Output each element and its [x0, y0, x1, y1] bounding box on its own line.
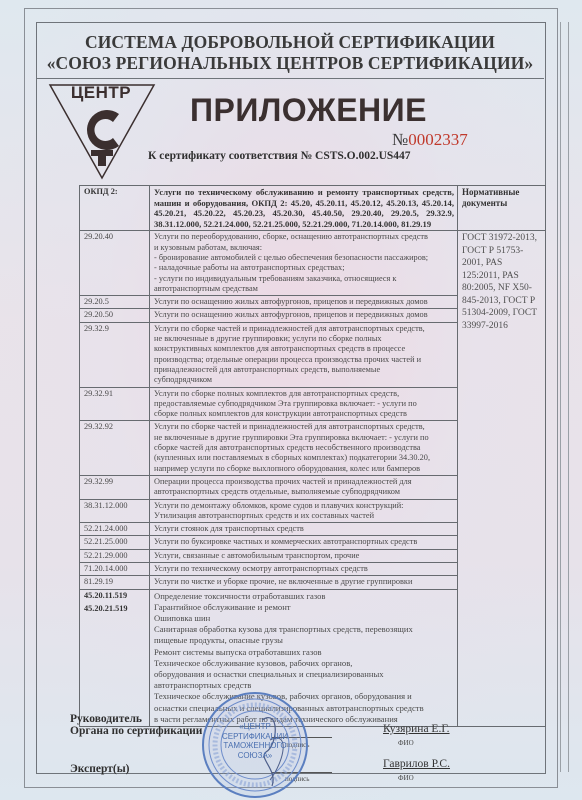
description-line: Услуги по техническому осмотру автотранс…	[154, 564, 454, 574]
okpd-code: 52.21.25.000	[80, 536, 150, 549]
description-line: Услуги по оснащению жилых автофургонов, …	[154, 297, 454, 307]
description-line: Санитарная обработка кузова для транспор…	[154, 624, 454, 635]
certificate-reference: К сертификату соответствия № CSTS.O.002.…	[148, 150, 411, 162]
description-line: Ремонт системы выпуска отработавших газо…	[154, 647, 454, 658]
service-description: Услуги по переоборудованию, сборке, осна…	[150, 231, 458, 296]
description-line: оборудования и оснастки специальных и сп…	[154, 669, 454, 680]
okpd-code: 29.32.91	[80, 387, 150, 421]
description-line: Техническое обслуживание кузовов, рабочи…	[154, 658, 454, 669]
header-divider	[36, 78, 544, 79]
service-description: Услуги по чистке и уборке прочие, не вкл…	[150, 576, 458, 589]
description-line: Услуги по демонтажу обломков, кроме судо…	[154, 501, 454, 511]
table-header-row: ОКПД 2: Услуги по техническому обслужива…	[80, 186, 546, 231]
logo-wordmark: ЦЕНТР	[66, 83, 136, 103]
description-line: не включенные в другие группировки Эта г…	[154, 433, 454, 443]
description-line: субподрядчиком	[154, 375, 454, 385]
description-line: Услуги по переоборудованию, сборке, осна…	[154, 232, 454, 242]
service-description: Услуги по техническому осмотру автотранс…	[150, 562, 458, 575]
head-fio-caption: ФИО	[398, 739, 414, 747]
code-value: 29.32.9	[84, 324, 146, 334]
description-line: производства; отдельные операции процесс…	[154, 355, 454, 365]
description-line: предоставляемые субподрядчиком Эта групп…	[154, 399, 454, 409]
description-line: и кузовным работам, включая:	[154, 243, 454, 253]
service-description: Операции процесса производства прочих ча…	[150, 475, 458, 499]
number-sign: №	[392, 130, 408, 149]
description-line: Услуги по оснащению жилых автофургонов, …	[154, 310, 454, 320]
okpd-code: 81.29.19	[80, 576, 150, 589]
code-value: 38.31.12.000	[84, 501, 146, 511]
service-description: Услуги по сборке полных комплектов для а…	[150, 387, 458, 421]
description-line: - наладочные работы на автотранспортных …	[154, 263, 454, 273]
stamp-text-line: «ЦЕНТР	[222, 722, 288, 732]
system-title-line-1: СИСТЕМА ДОБРОВОЛЬНОЙ СЕРТИФИКАЦИИ	[36, 32, 544, 53]
expert-name: Гаврилов Р.С.	[383, 758, 450, 770]
okpd-code: 45.20.11.51945.20.21.519	[80, 589, 150, 726]
okpd-code: 29.32.9	[80, 322, 150, 387]
description-line: Утилизация автотранспортных средств и их…	[154, 511, 454, 521]
description-line: Услуги по чистке и уборке прочие, не вкл…	[154, 577, 454, 587]
service-description: Услуги, связанные с автомобильным трансп…	[150, 549, 458, 562]
service-description: Услуги по буксировке частных и коммерчес…	[150, 536, 458, 549]
description-line: конструктивных комплектов для автотрансп…	[154, 344, 454, 354]
code-value: 81.29.19	[84, 577, 146, 587]
stamp-text-line: ТАМОЖЕННОГО	[222, 741, 288, 751]
description-line: Операции процесса производства прочих ча…	[154, 477, 454, 487]
service-description: Услуги по оснащению жилых автофургонов, …	[150, 309, 458, 322]
head-label-line-1: Руководитель	[70, 713, 202, 725]
okpd-code: 52.21.24.000	[80, 523, 150, 536]
code-value: 52.21.29.000	[84, 551, 146, 561]
okpd-code: 71.20.14.000	[80, 562, 150, 575]
code-value: 71.20.14.000	[84, 564, 146, 574]
description-line: (купленных или поставляемых в сборных ко…	[154, 453, 454, 463]
description-line: Услуги по сборке полных комплектов для а…	[154, 389, 454, 399]
service-description: Услуги по сборке частей и принадлежносте…	[150, 322, 458, 387]
description-line: сборке частей для автотранспортных средс…	[154, 443, 454, 453]
service-description: Услуги по демонтажу обломков, кроме судо…	[150, 499, 458, 523]
description-line: Услуги по буксировке частных и коммерчес…	[154, 537, 454, 547]
appendix-title: ПРИЛОЖЕНИЕ	[190, 92, 427, 129]
system-title-line-2: «СОЮЗ РЕГИОНАЛЬНЫХ ЦЕНТРОВ СЕРТИФИКАЦИИ»	[36, 53, 544, 74]
expert-fio-caption: ФИО	[398, 774, 414, 782]
description-column-header: Услуги по техническому обслуживанию и ре…	[150, 186, 458, 231]
serial-number: 0002337	[408, 130, 468, 149]
description-line: - бронирование автомобилей с целью обесп…	[154, 253, 454, 263]
service-description: Услуги стоянок для транспортных средств	[150, 523, 458, 536]
stamp-center-text: «ЦЕНТРСЕРТИФИКАЦИИТАМОЖЕННОГОСОЮЗА»	[222, 722, 288, 760]
description-line: пищевые продукты, опасные грузы	[154, 635, 454, 646]
certification-system-title: СИСТЕМА ДОБРОВОЛЬНОЙ СЕРТИФИКАЦИИ «СОЮЗ …	[36, 32, 544, 74]
code-value: 45.20.11.519	[84, 591, 146, 601]
description-line: не включенные в другие группировки; услу…	[154, 334, 454, 344]
description-line: принадлежностей для автотранспортных сре…	[154, 365, 454, 375]
appendix-number: №0002337	[392, 130, 468, 150]
description-line: Услуги по сборке частей и принадлежносте…	[154, 422, 454, 432]
code-value: 29.20.50	[84, 310, 146, 320]
code-value: 52.21.24.000	[84, 524, 146, 534]
decorative-border-line	[568, 22, 569, 772]
head-label-line-2: Органа по сертификации	[70, 725, 202, 737]
stamp-text-line: СОЮЗА»	[222, 751, 288, 761]
okpd-code: 29.20.50	[80, 309, 150, 322]
description-line: Гарантийное обслуживание и ремонт	[154, 602, 454, 613]
normative-documents: ГОСТ 31972-2013, ГОСТ Р 51753-2001, PAS …	[458, 231, 546, 727]
certificate-page: СИСТЕМА ДОБРОВОЛЬНОЙ СЕРТИФИКАЦИИ «СОЮЗ …	[0, 0, 582, 800]
expert-label: Эксперт(ы)	[70, 763, 130, 775]
description-line: Ошиповка шин	[154, 613, 454, 624]
norms-column-header: Нормативные документы	[458, 186, 546, 231]
okpd-code: 29.20.40	[80, 231, 150, 296]
stamp-text-line: СЕРТИФИКАЦИИ	[222, 732, 288, 742]
okpd-code: 29.32.92	[80, 421, 150, 475]
description-line: Услуги, связанные с автомобильным трансп…	[154, 551, 454, 561]
service-description: Услуги по сборке частей и принадлежносте…	[150, 421, 458, 475]
description-line: Услуги стоянок для транспортных средств	[154, 524, 454, 534]
service-description: Услуги по оснащению жилых автофургонов, …	[150, 296, 458, 309]
services-table: ОКПД 2: Услуги по техническому обслужива…	[79, 185, 546, 727]
description-line: сборке полных комплектов для конструкции…	[154, 409, 454, 419]
description-line: автотранспортным средствам	[154, 284, 454, 294]
head-signatory-name: Кузярина Е.Г.	[383, 723, 450, 735]
code-value: 29.20.40	[84, 232, 146, 242]
head-signatory-label: Руководитель Органа по сертификации	[70, 713, 202, 737]
description-line: Услуги по сборке частей и принадлежносте…	[154, 324, 454, 334]
code-value: 29.32.99	[84, 477, 146, 487]
description-line: автотранспортных средств отдельные, выпо…	[154, 487, 454, 497]
code-value: 52.21.25.000	[84, 537, 146, 547]
description-line: - услуги по индивидуальным требованиям з…	[154, 274, 454, 284]
description-line: Определение токсичности отработавших газ…	[154, 591, 454, 602]
okpd-code: 29.20.5	[80, 296, 150, 309]
code-value: 45.20.21.519	[84, 604, 146, 614]
description-line: например услуги по сборке выхлопного обо…	[154, 464, 454, 474]
table-row: 29.20.40Услуги по переоборудованию, сбор…	[80, 231, 546, 296]
okpd-code: 29.32.99	[80, 475, 150, 499]
code-column-header: ОКПД 2:	[80, 186, 150, 231]
okpd-code: 52.21.29.000	[80, 549, 150, 562]
code-value: 29.20.5	[84, 297, 146, 307]
code-value: 29.32.92	[84, 422, 146, 432]
code-value: 29.32.91	[84, 389, 146, 399]
decorative-border-line	[560, 22, 561, 772]
okpd-code: 38.31.12.000	[80, 499, 150, 523]
